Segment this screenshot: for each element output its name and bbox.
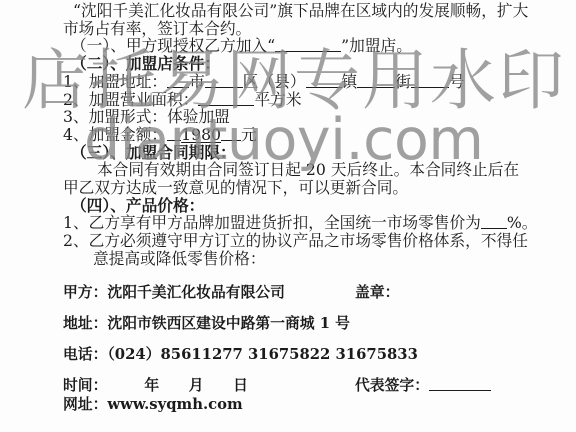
text-run: 本合同有效期由合同签订日起 20 天后终止。本合同终止后在	[97, 160, 519, 179]
blank-underline	[481, 215, 507, 229]
text-run: （三）、加盟合同期限：	[71, 143, 236, 162]
blank-underline	[167, 74, 189, 88]
blank-underline	[221, 127, 241, 141]
document-line: 市场占有率，签订本合约。	[63, 20, 568, 38]
footer-row: 网址：www.syqmh.com	[63, 395, 568, 414]
document-line: （一）、甲方现授权乙方加入“”加盟店。	[71, 37, 568, 55]
text-run: 街	[395, 72, 411, 91]
text-run: （一）、甲方现授权乙方加入“	[71, 36, 275, 55]
document-line: （三）、加盟合同期限：	[71, 144, 568, 162]
text-run: （四）、产品价格：	[71, 196, 204, 215]
footer-row: 时间： 年 月 日代表签字：	[63, 376, 568, 395]
text-run: 市场占有率，签订本合约。	[63, 19, 251, 38]
blank-underline	[306, 74, 342, 88]
document-line: “沈阳千美汇化妆品有限公司”旗下品牌在区域内的发展顺畅，扩大	[73, 2, 568, 20]
document-line: （四）、产品价格：	[71, 197, 568, 215]
text-run: （二）、加盟店条件：	[71, 54, 220, 73]
text-run: 4、加盟金额：	[63, 125, 167, 144]
document-line: 1、加盟地址：市区（县）镇街号	[63, 73, 568, 91]
blank-underline	[167, 127, 181, 141]
text-run: 号	[449, 72, 465, 91]
text-run: 市	[189, 72, 205, 91]
text-run: 2、乙方必须遵守甲方订立的协议产品之市场零售价格体系，不得任	[63, 231, 528, 250]
text-run: 时间： 年 月 日	[63, 377, 248, 394]
blank-underline	[198, 92, 254, 106]
text-run: 镇	[342, 72, 358, 91]
text-run: “沈阳千美汇化妆品有限公司”旗下品牌在区域内的发展顺畅，扩大	[73, 1, 528, 20]
text-run: 代表签字：	[355, 377, 429, 394]
contract-document-page: “沈阳千美汇化妆品有限公司”旗下品牌在区域内的发展顺畅，扩大市场占有率，签订本合…	[0, 0, 576, 432]
document-line: 3、加盟形式：体验加盟	[63, 108, 568, 126]
blank-underline	[429, 376, 491, 391]
footer-row: 电话：（024）85611277 31675822 31675833	[63, 345, 568, 364]
blank-underline	[411, 74, 449, 88]
text-run: 地址：沈阳市铁西区建设中路第一商城 1 号	[63, 315, 350, 332]
text-run: %。	[507, 213, 538, 232]
document-line: （二）、加盟店条件：	[71, 55, 568, 73]
text-run: 电话：（024）85611277 31675822 31675833	[63, 346, 418, 363]
text-run: 网址：www.syqmh.com	[63, 396, 243, 413]
document-line: 甲乙双方达成一致意见的情况下，可以更新合同。	[63, 179, 568, 197]
footer-right-column: 代表签字：	[355, 376, 491, 395]
blank-underline	[205, 74, 243, 88]
text-run: 3、加盟形式：体验加盟	[63, 107, 230, 126]
text-run: ”加盟店。	[341, 36, 412, 55]
text-run: 元	[241, 125, 257, 144]
footer-right-column: 盖章：	[355, 283, 399, 302]
text-run: 1、乙方享有甲方品牌加盟进货折扣，全国统一市场零售价为	[63, 213, 481, 232]
document-line: 2、乙方必须遵守甲方订立的协议产品之市场零售价格体系，不得任	[63, 232, 568, 250]
text-run: 意提高或降低零售价格：	[93, 249, 266, 268]
text-run: 1、加盟地址：	[63, 72, 167, 91]
text-run: 盖章：	[355, 284, 399, 301]
text-run: 甲乙双方达成一致意见的情况下，可以更新合同。	[63, 178, 408, 197]
footer-row: 地址：沈阳市铁西区建设中路第一商城 1 号	[63, 314, 568, 333]
signature-footer: 甲方：沈阳千美汇化妆品有限公司盖章：地址：沈阳市铁西区建设中路第一商城 1 号电…	[63, 283, 568, 414]
text-run: 区（县）	[243, 72, 306, 91]
text-run: 2、加盟营业面积：	[63, 90, 198, 109]
document-line: 本合同有效期由合同签订日起 20 天后终止。本合同终止后在	[97, 161, 568, 179]
document-body: “沈阳千美汇化妆品有限公司”旗下品牌在区域内的发展顺畅，扩大市场占有率，签订本合…	[63, 2, 568, 268]
document-line: 2、加盟营业面积：平方米	[63, 91, 568, 109]
document-line: 1、乙方享有甲方品牌加盟进货折扣，全国统一市场零售价为%。	[63, 214, 568, 232]
blank-underline	[275, 38, 341, 52]
text-run: 甲方：沈阳千美汇化妆品有限公司	[63, 284, 285, 301]
blank-underline	[357, 74, 395, 88]
text-run: 平方米	[254, 90, 301, 109]
text-run: 1980	[181, 125, 221, 144]
document-line: 意提高或降低零售价格：	[93, 250, 568, 268]
document-line: 4、加盟金额：1980元	[63, 126, 568, 144]
footer-row: 甲方：沈阳千美汇化妆品有限公司盖章：	[63, 283, 568, 302]
